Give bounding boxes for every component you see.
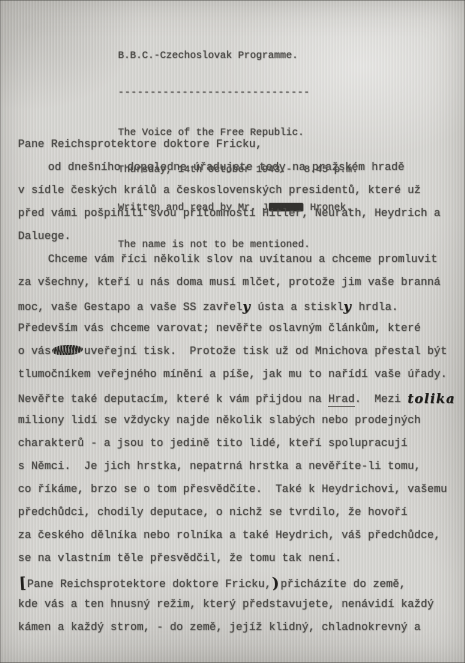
typed-text: Především vás chceme varovat; nevěřte os… xyxy=(18,323,421,335)
ink-scribble-strikeout xyxy=(52,344,83,355)
body-line: moc, vaše Gestapo a vaše SS zavřely ústa… xyxy=(18,295,462,318)
body-line: za českého dělníka nebo rolníka a také H… xyxy=(18,525,462,548)
typed-text: tlumočníkem veřejného mínění a píše, jak… xyxy=(18,369,447,381)
typed-text: se na vlastním těle přesvědčil, že tomu … xyxy=(18,553,341,565)
typed-text: přicházíte do země, xyxy=(280,579,405,591)
typed-text: ústa a stiskl xyxy=(251,302,343,314)
handwritten-correction: tolika xyxy=(407,392,455,407)
body-line: za všechny, kteří u nás doma musí mlčet,… xyxy=(18,272,462,295)
body-line: kámen a každý strom, - do země, jejíž kl… xyxy=(18,617,462,640)
body-line: charakterů - a jsou to jedině tito lidé,… xyxy=(18,433,462,456)
typed-text: od dnešního dopoledne úřadujete tedy na … xyxy=(48,162,404,174)
body-line: s Němci. Je jich hrstka, nepatrná hrstka… xyxy=(18,456,462,479)
typed-text: co říkáme, brzo se o tom přesvědčíte. Ta… xyxy=(18,484,447,496)
typed-text: miliony lidí se vždycky najde několik sl… xyxy=(18,415,421,427)
body-line: co říkáme, brzo se o tom přesvědčíte. Ta… xyxy=(18,479,462,502)
typed-text: kámen a každý strom, - do země, jejíž kl… xyxy=(18,622,421,634)
typed-text: Pane Reichsprotektore doktore Fricku, xyxy=(18,139,262,151)
typed-text: charakterů - a jsou to jedině tito lidé,… xyxy=(18,438,407,450)
body-line: Daluege. xyxy=(18,226,462,249)
body-line: Chceme vám říci několik slov na uvítanou… xyxy=(18,249,462,272)
body-line: Nevěřte také deputacím, které k vám přij… xyxy=(18,387,462,410)
typed-text: Chceme vám říci několik slov na uvítanou… xyxy=(48,254,437,266)
body-line: od dnešního dopoledne úřadujete tedy na … xyxy=(18,157,462,180)
typed-text: Nevěřte také deputacím, které k vám přij… xyxy=(18,394,328,406)
body-line: před vámi pošpinili svou přítomností Hit… xyxy=(18,203,462,226)
body-line: kde vás a ten hnusný režim, který předst… xyxy=(18,594,462,617)
typed-text: před vámi pošpinili svou přítomností Hit… xyxy=(18,208,440,220)
typed-text: v sídle českých králů a československých… xyxy=(18,185,421,197)
typed-text: Pane Reichsprotektore doktore Fricku, xyxy=(27,579,271,591)
typed-text: o vás xyxy=(18,346,51,358)
body-line: [Pane Reichsprotektore doktore Fricku,)p… xyxy=(18,571,462,594)
handwritten-bracket: [ xyxy=(18,572,26,595)
document-scan: B.B.C.-Czechoslovak Programme. ---------… xyxy=(0,0,465,663)
typed-text: s Němci. Je jich hrstka, nepatrná hrstka… xyxy=(18,461,421,473)
typed-text: předchůdci, chodily deputace, o nichž se… xyxy=(18,507,407,519)
typed-text: uveřejní tisk. Protože tisk už od Mnicho… xyxy=(84,346,447,358)
body-line: předchůdci, chodily deputace, o nichž se… xyxy=(18,502,462,525)
body-line: Především vás chceme varovat; nevěřte os… xyxy=(18,318,462,341)
typed-text: hrdla. xyxy=(352,302,398,314)
body-line: Pane Reichsprotektore doktore Fricku, xyxy=(18,134,462,157)
body-line: tlumočníkem veřejného mínění a píše, jak… xyxy=(18,364,462,387)
typed-text: kde vás a ten hnusný režim, který předst… xyxy=(18,599,434,611)
body-text: Pane Reichsprotektore doktore Fricku,od … xyxy=(18,134,462,640)
handwritten-bracket: ) xyxy=(272,572,280,595)
handwritten-correction: y xyxy=(343,300,352,315)
body-line: v sídle českých králů a československých… xyxy=(18,180,462,203)
title-underline: ------------------------------ xyxy=(118,89,358,99)
body-line: o vásuveřejní tisk. Protože tisk už od M… xyxy=(18,341,462,364)
typed-text: za českého dělníka nebo rolníka a také H… xyxy=(18,530,440,542)
handwritten-correction: y xyxy=(242,300,251,315)
underlined-text: Hrad xyxy=(328,394,354,407)
typed-text: . Mezi xyxy=(355,394,408,406)
typed-text: za všechny, kteří u nás doma musí mlčet,… xyxy=(18,277,440,289)
program-title: B.B.C.-Czechoslovak Programme. xyxy=(118,51,358,64)
typed-text: moc, vaše Gestapo a vaše SS zavřel xyxy=(18,302,242,314)
typed-text: Daluege. xyxy=(18,231,71,243)
body-line: miliony lidí se vždycky najde několik sl… xyxy=(18,410,462,433)
body-line: se na vlastním těle přesvědčil, že tomu … xyxy=(18,548,462,571)
